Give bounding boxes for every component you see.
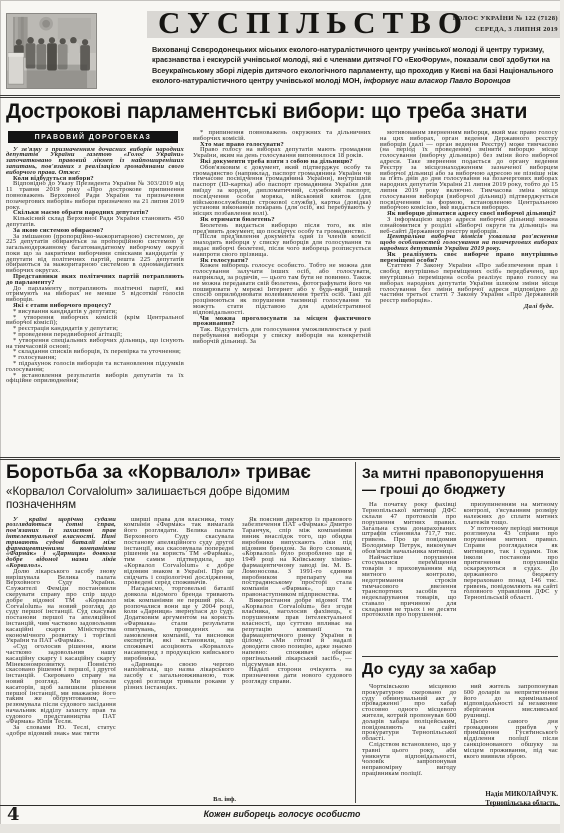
article-column: На початку року фахівці Тернопільської м…: [362, 502, 457, 652]
article-paragraph: Після пред'явлення документа один із чле…: [193, 234, 371, 257]
article-paragraph: На початку року фахівці Тернопільської м…: [362, 502, 457, 554]
article-column: призупиненням на митному контролі, з'ясу…: [464, 502, 559, 652]
article-column: мотивованим зверненням виборця, який має…: [380, 130, 558, 452]
article-paragraph: мотивованим зверненням виборця, який має…: [380, 130, 558, 211]
masthead-photo: [6, 13, 97, 89]
article-paragraph: За змішаною (пропорційно-мажоритарною) с…: [6, 234, 184, 275]
article-column: ширші права для власника, тому компанія …: [124, 517, 234, 807]
article-paragraph: Чортківською місцевою прокуратурою скеро…: [362, 684, 457, 742]
article-korvalol-headline: Боротьба за «Корвалол» триває: [6, 463, 352, 483]
article-korvalol-columns: У країні щорічно судами розглядаються со…: [6, 517, 352, 807]
article-paragraph: Цього самого дня громадянин прибув у при…: [464, 719, 559, 760]
article-list-item: встановлення результатів виборів депутат…: [6, 373, 184, 385]
article-lead-paragraph: У країні щорічно судами розглядаються со…: [6, 517, 116, 569]
article-elections-headline: Дострокові парламентські вибори: що треб…: [6, 101, 558, 123]
issue-date: СЕРЕДА, 3 ЛИПНЯ 2019: [383, 25, 558, 36]
footer-motto: Кожен виборець голосує особисто: [0, 810, 564, 819]
article-paragraph: Так. Відсутність для голосування уможлив…: [193, 327, 371, 344]
footer-divider: [0, 805, 564, 806]
article-paragraph: ширші права для власника, тому компанія …: [124, 517, 234, 587]
article-column: Чортківською місцевою прокуратурою скеро…: [362, 684, 457, 788]
article-paragraph: Статтею 7 Закону України «Про забезпечен…: [380, 263, 558, 304]
article-column: Як пояснив директор із правового забезпе…: [242, 517, 352, 807]
newspaper-page: СУСПІЛЬСТВО ГОЛОС УКРАЇНИ № 122 (7128) С…: [0, 0, 564, 833]
article-divider: [362, 656, 558, 657]
article-column: У країні щорічно судами розглядаються со…: [6, 517, 116, 807]
article-paragraph: З інформацією щодо адреси виборчої дільн…: [380, 217, 558, 234]
article-paragraph: призупиненням на митному контролі, з'ясу…: [464, 502, 559, 525]
article-paragraph: Найчастіше порушення стосувалися переміщ…: [362, 555, 457, 619]
article-paragraph: Кількісний склад Верховної Ради України …: [6, 216, 184, 228]
article-list-item: підрахунок голосів виборців та встановле…: [6, 361, 184, 373]
article-customs-headline: За митні правопорушення — гроші до бюдже…: [362, 466, 558, 497]
article-paragraph: «Суд оголосив рішення, яким частково зад…: [6, 644, 116, 725]
article-list-item: припинення повноважень окружних та дільн…: [193, 130, 371, 142]
scan-edge-bottom: [0, 824, 564, 833]
article-paragraph: Обов'язковим є документ, який підтверджу…: [193, 165, 371, 217]
article-paragraph: За словами Ю. Теслі, статус «добре відом…: [6, 725, 116, 737]
signature-region: Тернопільська область.: [362, 799, 558, 808]
article-bribe-headline: До суду за хабар: [362, 661, 558, 679]
rubric-badge: ПРАВОВИЙ ДОРОГОВКАЗ: [8, 131, 178, 143]
masthead-lead: Вихованці Сєвєродонецьких міських еколог…: [152, 45, 560, 86]
article-paragraph: У поточному періоді митниця розглянула 4…: [464, 526, 559, 601]
article-paragraph: Використання добре відомої ТМ «Корвалол …: [242, 598, 352, 668]
article-korvalol-signature: Вл. інф.: [124, 797, 236, 804]
article-customs-columns: На початку року фахівці Тернопільської м…: [362, 502, 558, 652]
article-paragraph: Кожен виборець голосує особисто. Тобто н…: [193, 263, 371, 315]
scan-edge-right: [560, 0, 564, 833]
article-paragraph: До парламенту потрапляють політичні парт…: [6, 286, 184, 303]
article-korvalol: Боротьба за «Корвалол» триває «Корвалол …: [6, 463, 352, 807]
article-signature: Далі буде.: [380, 304, 558, 310]
article-lead-paragraph: Центральна виборча комісія ухвалила роз'…: [380, 234, 558, 251]
article-elections: Дострокові парламентські вибори: що треб…: [6, 101, 558, 452]
header-divider: [0, 95, 564, 98]
article-paragraph: ний житель запропонував 600 доларів за н…: [464, 684, 559, 719]
article-question: Представники яких політичних партій потр…: [6, 274, 184, 286]
section-divider: [0, 457, 564, 460]
article-lead-paragraph: У зв'язку з призначенням дочасних виборі…: [6, 147, 184, 176]
article-paragraph: Нагадаємо, торговельні баталії довкола в…: [124, 586, 234, 661]
lead-byline: інформує наш власкор Павло Воронцов: [364, 76, 511, 85]
right-column-region: За митні правопорушення — гроші до бюдже…: [362, 462, 558, 808]
issue-info: ГОЛОС УКРАЇНИ № 122 (7128) СЕРЕДА, 3 ЛИП…: [383, 14, 558, 36]
signature-name: Надія МИКОЛАЙЧУК.: [362, 790, 558, 799]
column-text: У зв'язку з призначенням дочасних виборі…: [6, 147, 184, 385]
article-column: припинення повноважень окружних та дільн…: [193, 130, 371, 452]
article-bribe-columns: Чортківською місцевою прокуратурою скеро…: [362, 684, 558, 788]
article-column: ПРАВОВИЙ ДОРОГОВКАЗ У зв'язку з призначе…: [6, 130, 184, 452]
article-korvalol-subhead: «Корвалол Corvalolum» залишається добре …: [6, 485, 352, 512]
issue-number: ГОЛОС УКРАЇНИ № 122 (7128): [383, 14, 558, 25]
article-paragraph: «Дарниця» своєю чергою наполягала, що на…: [124, 662, 234, 691]
article-elections-columns: ПРАВОВИЙ ДОРОГОВКАЗ У зв'язку з призначе…: [6, 130, 558, 452]
group-photo-illustration: [7, 14, 96, 88]
article-paragraph: Надалі сторони очікують на призначення д…: [242, 667, 352, 684]
vertical-divider: [355, 462, 356, 803]
article-paragraph: Відповідно до Указу Президента України №…: [6, 181, 184, 210]
article-paragraph: Долю лікарського засобу знову вирішувала…: [6, 569, 116, 644]
article-paragraph: Як пояснив директор із правового забезпе…: [242, 517, 352, 598]
article-paragraph: Слідством встановлено, що у травні цього…: [362, 742, 457, 777]
article-column: ний житель запропонував 600 доларів за н…: [464, 684, 559, 788]
